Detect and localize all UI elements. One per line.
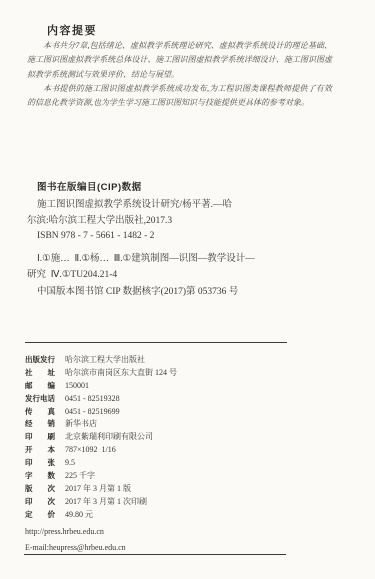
colophon-row: 经销新华书店 bbox=[25, 418, 177, 431]
colophon-row-label: 发行电话 bbox=[25, 393, 55, 406]
colophon-row: 印次2017 年 3 月第 1 次印刷 bbox=[25, 496, 177, 509]
colophon-row-label: 传真 bbox=[25, 406, 55, 419]
colophon-row: 版次2017 年 3 月第 1 版 bbox=[25, 483, 177, 496]
colophon-row: 社址哈尔滨市南岗区东大直街 124 号 bbox=[25, 367, 177, 380]
colophon-row-value: 150001 bbox=[65, 380, 89, 393]
colophon-row-value: 49.80 元 bbox=[65, 509, 93, 522]
colophon-row-label: 版次 bbox=[25, 483, 55, 496]
colophon-row-label: 印次 bbox=[25, 496, 55, 509]
colophon-row-value: 哈尔滨市南岗区东大直街 124 号 bbox=[65, 367, 177, 380]
press-website: http://press.hrbeu.edu.cn bbox=[25, 525, 177, 538]
colophon-row-label: 字数 bbox=[25, 470, 55, 483]
colophon-row-value: 北京紫瑞利印刷有限公司 bbox=[65, 431, 153, 444]
colophon-row-label: 经销 bbox=[25, 418, 55, 431]
horizontal-rule-bottom bbox=[24, 554, 286, 555]
colophon-row-value: 225 千字 bbox=[65, 470, 95, 483]
colophon-row: 定价49.80 元 bbox=[25, 509, 177, 522]
colophon-row-label: 印刷 bbox=[25, 431, 55, 444]
colophon-row: 邮编150001 bbox=[25, 380, 177, 393]
cip-isbn-line: ISBN 978 - 7 - 5661 - 1482 - 2 bbox=[37, 231, 154, 241]
colophon-section: 出版发行哈尔滨工程大学出版社 社址哈尔滨市南岗区东大直街 124 号 邮编150… bbox=[25, 354, 177, 554]
colophon-row: 发行电话0451 - 82519328 bbox=[25, 393, 177, 406]
colophon-row-value: 0451 - 82519328 bbox=[65, 393, 120, 406]
colophon-row-value: 2017 年 3 月第 1 次印刷 bbox=[65, 496, 147, 509]
horizontal-rule-top bbox=[25, 342, 287, 343]
colophon-row-label: 开本 bbox=[25, 444, 55, 457]
colophon-row-label: 社址 bbox=[25, 367, 55, 380]
summary-paragraph-2: 本书提供的施工图识图虚拟教学系统成功发布,为工程识图类课程教师提供了有效的信息化… bbox=[27, 82, 332, 111]
colophon-row: 出版发行哈尔滨工程大学出版社 bbox=[25, 354, 177, 367]
colophon-row-value: 新华书店 bbox=[65, 418, 97, 431]
colophon-row: 传真0451 - 82519699 bbox=[25, 406, 177, 419]
colophon-row-value: 787×1092 1/16 bbox=[65, 444, 116, 457]
summary-paragraph-1: 本书共分7章,包括绪论、虚拟教学系统理论研究、虚拟教学系统设计的理论基础、施工图… bbox=[27, 39, 332, 82]
cip-title-line: 施工图识图虚拟教学系统设计研究/杨平著.—哈尔滨:哈尔滨工程大学出版社,2017… bbox=[27, 198, 240, 229]
colophon-row-value: 2017 年 3 月第 1 版 bbox=[65, 483, 131, 496]
summary-heading: 内容提要 bbox=[47, 22, 97, 38]
colophon-row: 印张9.5 bbox=[25, 457, 177, 470]
cip-heading: 图书在版编目(CIP)数据 bbox=[37, 179, 142, 193]
colophon-row-value: 9.5 bbox=[65, 457, 75, 470]
colophon-row-label: 印张 bbox=[25, 457, 55, 470]
colophon-row: 字数225 千字 bbox=[25, 470, 177, 483]
press-email: E-mail:heupress@hrbeu.edu.cn bbox=[25, 541, 177, 554]
cip-classification-line: Ⅰ.①施… Ⅱ.①杨… Ⅲ.①建筑制图—识图—教学设计—研究 Ⅳ.①TU204.… bbox=[27, 252, 255, 283]
colophon-row-value: 哈尔滨工程大学出版社 bbox=[65, 354, 145, 367]
colophon-row: 印刷北京紫瑞利印刷有限公司 bbox=[25, 431, 177, 444]
cip-record-line: 中国版本图书馆 CIP 数据核字(2017)第 053736 号 bbox=[37, 283, 238, 297]
colophon-row-label: 定价 bbox=[25, 509, 55, 522]
colophon-row: 开本787×1092 1/16 bbox=[25, 444, 177, 457]
book-copyright-page: 内容提要 本书共分7章,包括绪论、虚拟教学系统理论研究、虚拟教学系统设计的理论基… bbox=[0, 0, 375, 579]
colophon-row-label: 出版发行 bbox=[25, 354, 55, 367]
colophon-row-value: 0451 - 82519699 bbox=[65, 406, 120, 419]
summary-section: 本书共分7章,包括绪论、虚拟教学系统理论研究、虚拟教学系统设计的理论基础、施工图… bbox=[27, 39, 332, 110]
colophon-row-label: 邮编 bbox=[25, 380, 55, 393]
